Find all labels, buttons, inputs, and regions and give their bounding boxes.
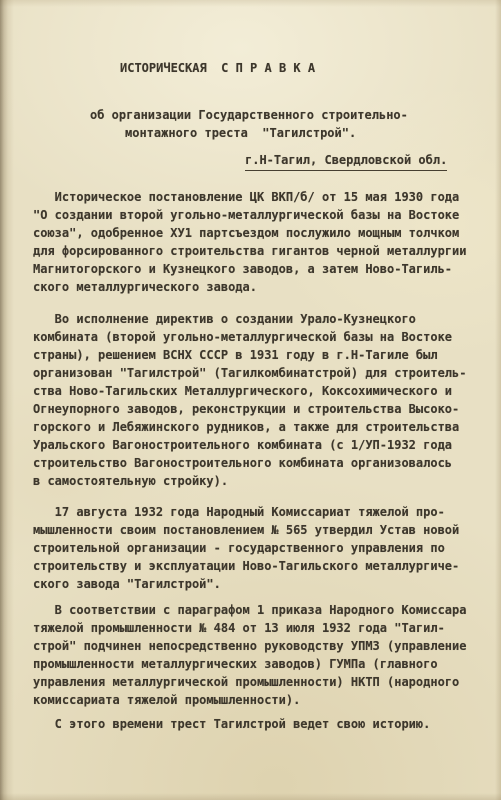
document-page: ИСТОРИЧЕСКАЯ С П Р А В К А об организаци…: [0, 0, 501, 800]
subtitle-line-2: монтажного треста "Тагилстрой".: [0, 124, 501, 142]
document-subtitle: об организации Государственного строител…: [0, 106, 501, 142]
paragraph-closing-statement: С этого времени трест Тагилстрой ведет с…: [33, 715, 479, 733]
document-title: ИСТОРИЧЕСКАЯ С П Р А В К А: [0, 0, 501, 76]
paragraph-subordination-order: В соответствии с параграфом 1 приказа На…: [33, 601, 479, 709]
document-location-row: г.Н-Тагил, Свердловской обл.: [0, 152, 501, 171]
document-location: г.Н-Тагил, Свердловской обл.: [245, 152, 447, 171]
paragraph-charter-approval: 17 августа 1932 года Народный Комиссариа…: [33, 503, 479, 593]
paragraph-history-resolution: Историческое постановление ЦК ВКП/б/ от …: [33, 188, 479, 296]
document-body: Историческое постановление ЦК ВКП/б/ от …: [0, 188, 501, 733]
paragraph-tagilstroy-founding: Во исполнение директив о создании Урало-…: [33, 310, 479, 490]
subtitle-line-1: об организации Государственного строител…: [0, 106, 501, 124]
